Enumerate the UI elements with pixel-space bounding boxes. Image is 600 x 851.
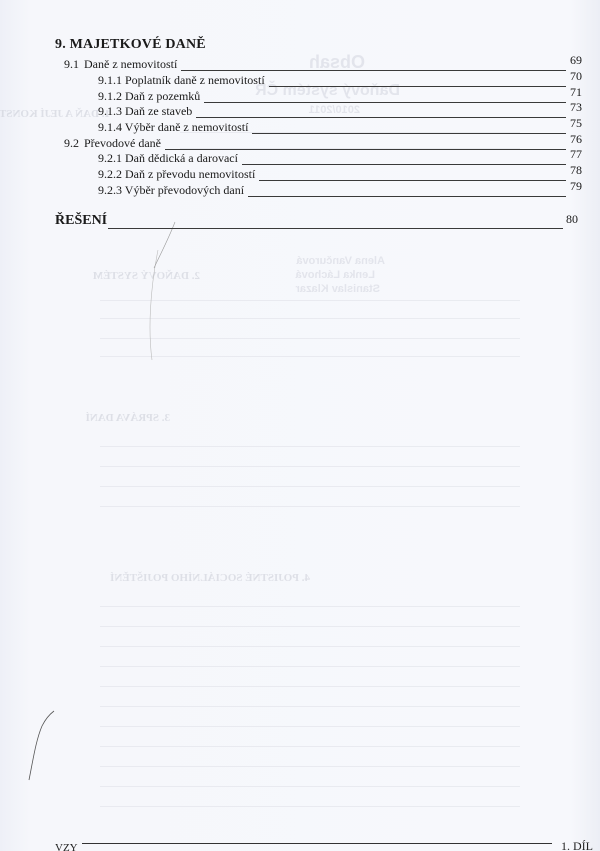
page-number: 71: [570, 85, 582, 100]
chapter-heading: 9. MAJETKOVÉ DANĚ: [55, 37, 206, 53]
ghost-section-4: 4. POJISTNÉ SOCIÁLNÍHO POJIŠTĚNÍ: [110, 572, 310, 584]
leader-line: [181, 70, 566, 71]
toc-entry-label: 9.1.3 Daň ze staveb: [98, 104, 192, 119]
solution-row: 80: [0, 214, 600, 230]
leader-line: [196, 117, 566, 118]
toc-entry[interactable]: 9.1.1 Poplatník daně z nemovitostí70: [0, 73, 600, 89]
leader-line: [269, 86, 566, 87]
toc-entry-label: 9.1.1 Poplatník daně z nemovitostí: [98, 73, 265, 88]
leader-line: [108, 228, 563, 229]
toc-entry-number: 9.1: [64, 57, 79, 72]
toc-entry[interactable]: 9.1.4 Výběr daně z nemovitostí75: [0, 120, 600, 136]
toc-entry[interactable]: 9.2.3 Výběr převodových daní79: [0, 183, 600, 199]
ghost-author-3: Stanislav Klazar: [296, 283, 380, 295]
page-number: 78: [570, 163, 582, 178]
page-number: 75: [570, 116, 582, 131]
leader-line: [248, 196, 566, 197]
toc-entry-number: 9.2: [64, 136, 79, 151]
toc-entry[interactable]: 9.1Daně z nemovitostí69: [0, 57, 600, 73]
toc-entry[interactable]: 9.2.2 Daň z převodu nemovitostí78: [0, 167, 600, 183]
ghost-section-2: 2. DAŇOVÝ SYSTÉM: [93, 270, 200, 282]
page-number: 80: [566, 212, 578, 227]
document-page: Obsah Daňový systém ČR 2010/2011 1. DAŇ …: [0, 0, 600, 851]
toc-entry-label: 9.1.2 Daň z pozemků: [98, 89, 200, 104]
leader-line: [242, 164, 566, 165]
leader-line: [165, 149, 566, 150]
toc-entry[interactable]: 9.1.2 Daň z pozemků71: [0, 89, 600, 105]
toc-entry-label: 9.2.2 Daň z převodu nemovitostí: [98, 167, 255, 182]
leader-line: [259, 180, 566, 181]
leader-line: [204, 102, 566, 103]
toc-entry-label: 9.2.1 Daň dědická a darovací: [98, 151, 238, 166]
ghost-author-1: Alena Vančurová: [296, 255, 385, 267]
toc-entry[interactable]: 9.2Převodové daně76: [0, 136, 600, 152]
toc-entry[interactable]: 9.2.1 Daň dědická a darovací77: [0, 151, 600, 167]
toc-entry[interactable]: 9.1.3 Daň ze staveb73: [0, 104, 600, 120]
footer-part-label: 1. DÍL: [561, 839, 593, 851]
footer-rule: [82, 843, 552, 844]
toc-entry-label: Převodové daně: [84, 136, 161, 151]
page-number: 77: [570, 147, 582, 162]
page-number: 70: [570, 69, 582, 84]
ghost-author-2: Lenka Láchová: [296, 269, 375, 281]
toc-entry-label: 9.2.3 Výběr převodových daní: [98, 183, 244, 198]
footer-left-text: VZY: [55, 842, 78, 851]
toc-entry-label: 9.1.4 Výběr daně z nemovitostí: [98, 120, 248, 135]
leader-line: [252, 133, 566, 134]
page-number: 69: [570, 53, 582, 68]
page-number: 79: [570, 179, 582, 194]
toc-entry-label: Daně z nemovitostí: [84, 57, 177, 72]
ghost-section-3: 3. SPRÁVA DANÍ: [86, 412, 170, 424]
page-number: 73: [570, 100, 582, 115]
page-number: 76: [570, 132, 582, 147]
